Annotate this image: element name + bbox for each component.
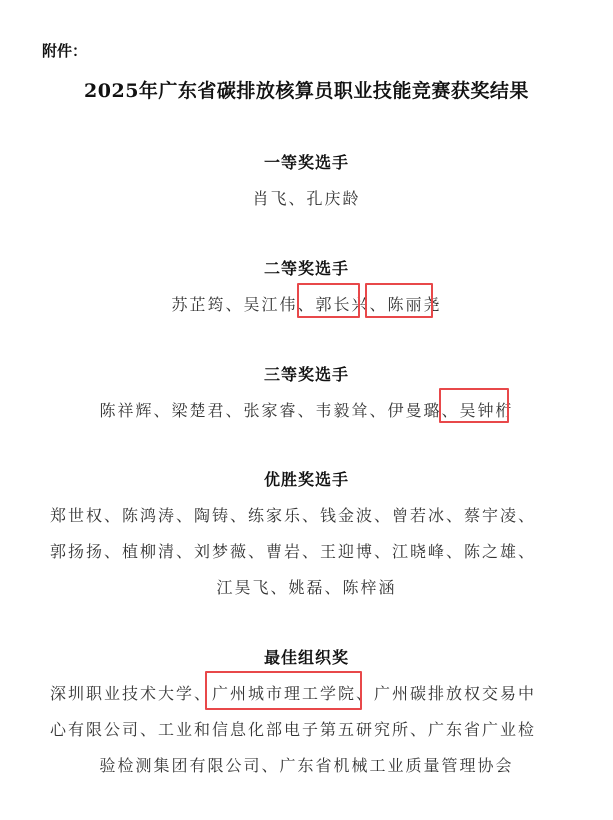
merit-prize-names-line-3: 江昊飞、姚磊、陈梓涵 (0, 575, 613, 598)
highlight-box-guangzhou-city-univ (205, 671, 362, 710)
merit-prize-names-line-2: 郭扬扬、植柳清、刘梦薇、曹岩、王迎博、江晓峰、陈之雄、 (50, 539, 536, 562)
merit-prize-heading: 优胜奖选手 (0, 467, 613, 490)
best-organization-line-3: 验检测集团有限公司、广东省机械工业质量管理协会 (0, 753, 613, 776)
merit-prize-names-line-1: 郑世权、陈鸿涛、陶铸、练家乐、钱金波、曾若冰、蔡宇凌、 (50, 503, 536, 526)
highlight-box-chen-liyao (365, 283, 433, 318)
second-prize-heading: 二等奖选手 (0, 256, 613, 279)
first-prize-heading: 一等奖选手 (0, 150, 613, 173)
third-prize-names: 陈祥辉、梁楚君、张家睿、韦毅耸、伊曼璐、吴钟桁 (0, 398, 613, 421)
highlight-box-guo-changxing (297, 283, 360, 318)
best-organization-heading: 最佳组织奖 (0, 645, 613, 668)
first-prize-names: 肖飞、孔庆龄 (0, 186, 613, 209)
third-prize-heading: 三等奖选手 (0, 362, 613, 385)
attachment-label: 附件： (42, 40, 87, 61)
best-organization-line-2: 心有限公司、工业和信息化部电子第五研究所、广东省广业检 (50, 717, 536, 740)
highlight-box-wu-zhongheng (439, 388, 509, 423)
document-title: 2025年广东省碳排放核算员职业技能竞赛获奖结果 (0, 76, 613, 103)
